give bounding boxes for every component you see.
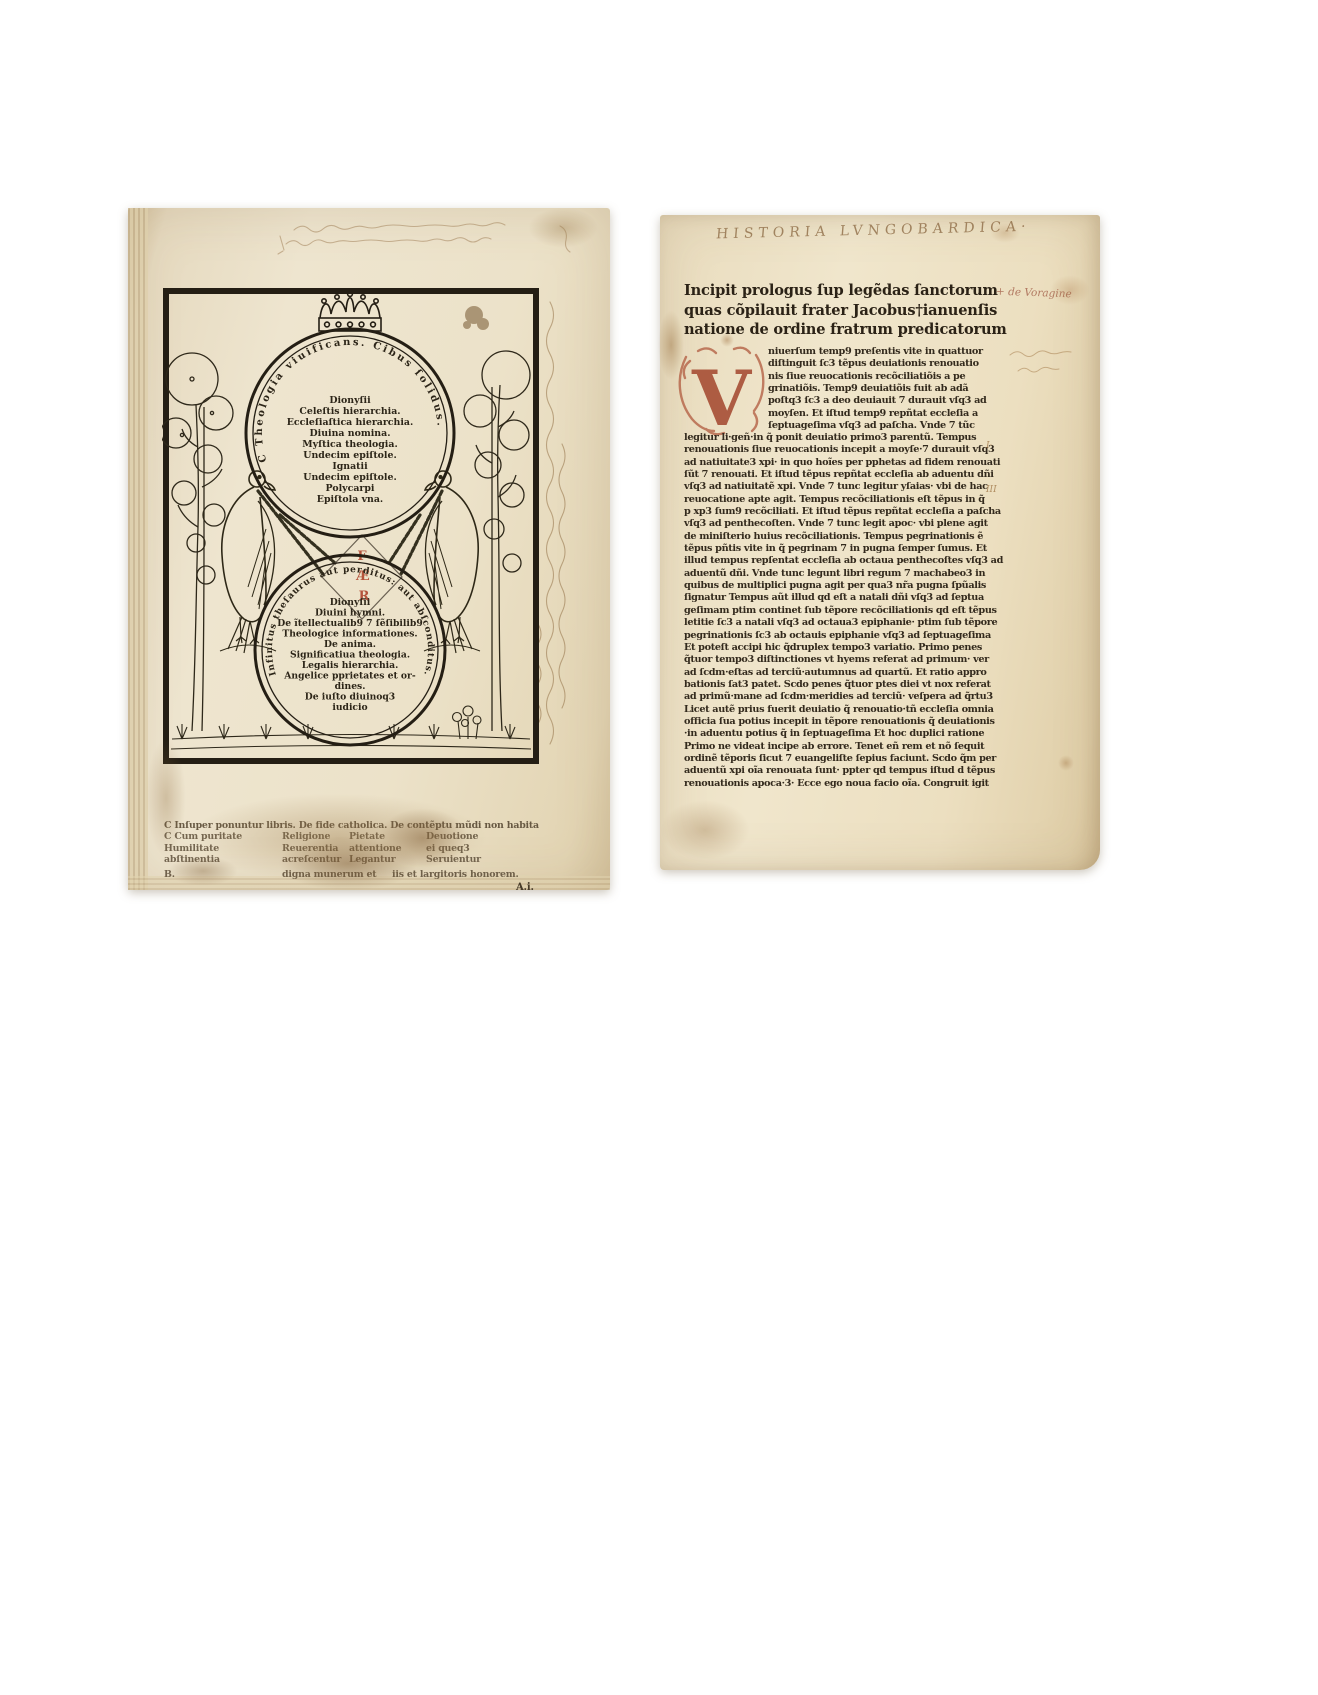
manuscript-title: HISTORIA LVNGOBARDICA·	[715, 218, 1076, 243]
text-line: Licet autẽ prius fuerit deuiatio q̃ reno…	[684, 704, 1010, 716]
signature-mark: A.i.	[516, 882, 534, 893]
title-line: Polycarpi	[326, 483, 375, 494]
text-line: ad primũ·mane ad ſcdm·meridies ad terciũ…	[684, 691, 1010, 703]
margin-mark-2: III	[986, 485, 997, 495]
text-line: p xp3 ſum9 recõciliati. Et iſtud tẽpus r…	[684, 506, 1010, 518]
title-line: Myſtica theologia.	[302, 439, 397, 450]
text-line: Et poteſt accipi hic q̃druplex tempo3 va…	[684, 642, 1010, 654]
contents-note-lastline: B. digna munerum et iis et largitoris ho…	[164, 869, 556, 881]
text-line: niuerſum temp9 preſentis vite in quattuo…	[768, 346, 1010, 358]
heading-line: natione de ordine fratrum predicatorum	[684, 320, 1008, 340]
stain	[1058, 755, 1074, 771]
title-line: Eccleſiaſtica hierarchia.	[287, 417, 413, 428]
contents-note: C Inſuper ponuntur libris. De fide catho…	[164, 820, 556, 881]
incipit-heading: Incipit prologus ſup legẽdas ſanctorum q…	[684, 281, 1008, 340]
title-line: Epiſtola vna.	[317, 494, 383, 505]
text-line: geſimam ptim continet ſub tẽpore recõcil…	[684, 605, 1010, 617]
title-line: dines.	[335, 681, 366, 692]
title-line: De ĩtellectualib9 7 ſẽſibilib9	[277, 618, 422, 629]
bottom-medallion-titles: Dionyſii Diuini hymni. De ĩtellectualib9…	[277, 597, 422, 713]
contents-note-row: C Cum puritate Religione Pietate Deuotio…	[164, 831, 556, 843]
text-line: ſignatur Tempus aũt illud qd eſt a natal…	[684, 592, 1010, 604]
title-line: Undecim epiſtole.	[303, 472, 396, 483]
title-line: Dionyſii	[329, 395, 371, 406]
text-line: Primo ne videat incipe ab errore. Tenet …	[684, 741, 1010, 753]
text-line: ſũt 7 renouati. Et iſtud tẽpus repñtat e…	[684, 469, 1010, 481]
title-line: Diuina nomina.	[310, 428, 391, 439]
contents-note-cell: abſtinentia	[164, 854, 220, 865]
text-line: officia ſua potius incepit in tẽpore ren…	[684, 716, 1010, 728]
title-line: Celeſtis hierarchia.	[299, 406, 400, 417]
text-line: bationis ſat3 patet. Scdo penes q̃tuor p…	[684, 679, 1010, 691]
text-line: diſtinguit ſc3 tẽpus deuiationis renouat…	[768, 358, 1010, 370]
contents-note-line: C Inſuper ponuntur libris. De fide catho…	[164, 820, 556, 831]
text-line: nis ſiue reuocationis recõciliatiõis a p…	[768, 371, 1010, 383]
title-line: Ignatii	[332, 461, 368, 472]
top-medallion-titles: Dionyſii Celeſtis hierarchia. Eccleſiaſt…	[287, 395, 413, 505]
text-line: reuocatione apte agit. Tempus recõciliat…	[684, 494, 1010, 506]
contents-note-cell: Religione	[282, 831, 330, 842]
title-line: Dionyſii	[330, 597, 371, 608]
contents-note-cell: Deuotione	[426, 831, 478, 842]
handwritten-annotation-top	[276, 214, 576, 262]
contents-note-cell: Legantur	[349, 854, 396, 865]
text-line: ad natiuitate3 xpi· in quo hoĩes per pph…	[684, 457, 1010, 469]
title-line: Legalis hierarchia.	[302, 660, 399, 671]
top-medallion: C Theologia viuificans. Cibus ſolidus. D…	[246, 329, 454, 537]
decorated-initial-v: V	[676, 343, 768, 439]
contents-note-cell: Humilitate	[164, 843, 219, 854]
ink-smudge	[463, 306, 489, 330]
text-line: vſq3 ad penthecoſten. Vnde 7 tunc legit …	[684, 518, 1010, 530]
contents-note-cell: attentione	[349, 843, 401, 854]
text-line: ·in aduentu potius q̃ in ſeptuageſima Et…	[684, 728, 1010, 740]
title-line: De iuſto diuinoq3	[305, 692, 395, 703]
body-text-indented: niuerſum temp9 preſentis vite in quattuo…	[768, 346, 1010, 432]
text-line: q̃tuor tempo3 diſtinctiones vt hyems ref…	[684, 654, 1010, 666]
text-line: moyſen. Et iſtud temp9 repñtat eccleſia …	[768, 408, 1010, 420]
title-line: Angelice pprietates et or-	[283, 671, 416, 682]
scanned-book-spread: F Æ R C Theologia viuificans. Cibus ſoli…	[0, 0, 1318, 1695]
text-line: quibus de multiplici pugna agit per qua3…	[684, 580, 1010, 592]
left-page-title-page: F Æ R C Theologia viuificans. Cibus ſoli…	[128, 208, 610, 890]
contents-note-cell: ei queq3	[426, 843, 470, 854]
title-line: iudicio	[332, 702, 367, 713]
body-text: legitur li·geñ·in q̃ ponit deuiatio prim…	[684, 432, 1010, 790]
contents-note-cell: C Cum puritate	[164, 831, 242, 842]
text-line: letitie ſc3 a natali vſq3 ad octaua3 epi…	[684, 617, 1010, 629]
stain	[660, 800, 750, 860]
contents-note-row: Humilitate Reuerentia attentione ei queq…	[164, 843, 556, 855]
title-line: Theologice informationes.	[282, 629, 417, 640]
text-line: pegrinationis ſc3 ab octauis epiphanie v…	[684, 630, 1010, 642]
text-line: aduentũ xpi oĩa renouata ſunt· ppter qd …	[684, 765, 1010, 777]
text-line: legitur li·geñ·in q̃ ponit deuiatio prim…	[684, 432, 1010, 444]
page-edge-left	[128, 208, 148, 890]
initial-letter: V	[691, 354, 753, 439]
flowers	[453, 706, 482, 739]
bottom-medallion: Infinitus theſaurus aut perditus: aut ab…	[255, 555, 445, 745]
title-line: Significatiua theologia.	[290, 650, 410, 661]
contents-note-cell: Seruientur	[426, 854, 481, 865]
text-line: renouationis ſiue reuocationis incepit a…	[684, 444, 1010, 456]
text-line: grinatiõis. Temp9 deuiatiõis fuit ab adã	[768, 383, 1010, 395]
margin-mark-1: I·	[986, 441, 992, 451]
contents-note-fragment: iis et largitoris honorem.	[392, 869, 519, 880]
heading-line: quas cõpilauit frater Jacobus†ianuenſis	[684, 301, 1008, 321]
text-line: illud tempus repſentat eccleſia ab octau…	[684, 555, 1010, 567]
contents-note-fragment: B.	[164, 869, 175, 880]
contents-note-cell: Pietate	[349, 831, 385, 842]
tree-right	[464, 351, 530, 731]
contents-note-cell: acreſcentur	[282, 854, 341, 865]
text-line: ad ſcdm·eſtas ad terciũ·autumnus ad quar…	[684, 667, 1010, 679]
title-line: De anima.	[324, 639, 376, 650]
margin-note-illegible	[1004, 341, 1084, 385]
text-line: aduentũ dñi. Vnde tunc legunt libri regu…	[684, 568, 1010, 580]
text-line: de miniſterio huius recõciliationis. Tem…	[684, 531, 1010, 543]
contents-note-row: abſtinentia acreſcentur Legantur Seruien…	[164, 854, 556, 866]
text-line: ordinẽ tẽporis ſicut 7 euangeliſte ſepiu…	[684, 753, 1010, 765]
text-line: poſtq3 ſc3 a deo deuiauit 7 durauit vſq3…	[768, 395, 1010, 407]
title-line: Undecim epiſtole.	[303, 450, 396, 461]
woodcut-title-border: F Æ R C Theologia viuificans. Cibus ſoli…	[162, 287, 540, 765]
crown-icon	[319, 292, 381, 331]
text-line: tẽpus pñtis vite in q̃ pegrinam 7 in pug…	[684, 543, 1010, 555]
contents-note-fragment: digna munerum et	[282, 869, 376, 880]
heading-line: Incipit prologus ſup legẽdas ſanctorum	[684, 281, 1008, 301]
right-page-prologue: HISTORIA LVNGOBARDICA· Incipit prologus …	[660, 215, 1100, 870]
text-line: vſq3 ad natiuitatẽ xpi. Vnde 7 tunc legi…	[684, 481, 1010, 493]
contents-note-cell: Reuerentia	[282, 843, 338, 854]
text-line: renouationis apoca·3· Ecce ego noua faci…	[684, 778, 1010, 790]
text-line: ſeptuageſima vſq3 ad paſcha. Vnde 7 tũc	[768, 420, 1010, 432]
title-line: Diuini hymni.	[315, 608, 385, 619]
